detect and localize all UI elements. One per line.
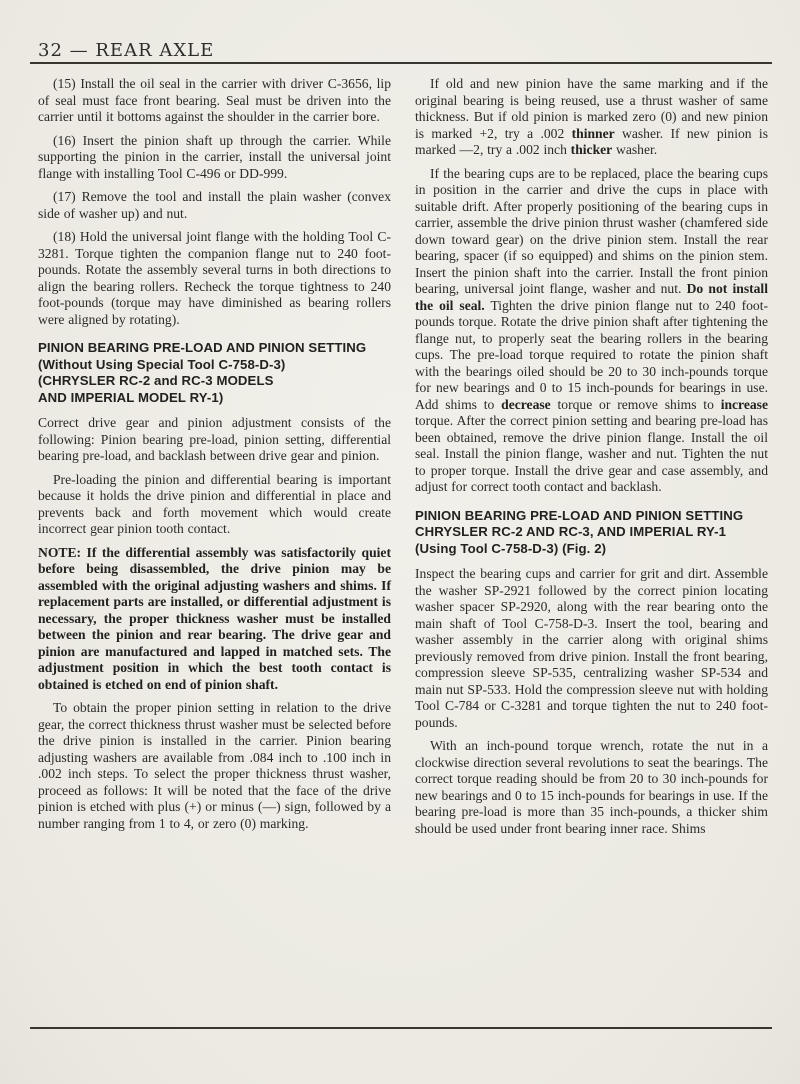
page-header: 32 — REAR AXLE bbox=[38, 40, 768, 61]
left-column: (15) Install the oil seal in the carrier… bbox=[38, 76, 391, 1022]
body-text: With an inch-pound torque wrench, rotate… bbox=[415, 738, 768, 836]
body-text: washer. bbox=[612, 142, 657, 157]
paragraph: To obtain the proper pinion setting in r… bbox=[38, 700, 391, 832]
section-heading-line: (Without Using Special Tool C-758-D-3) bbox=[38, 357, 391, 374]
page-title: REAR AXLE bbox=[95, 40, 214, 61]
body-text: If the bearing cups are to be replaced, … bbox=[415, 166, 768, 297]
paragraph: Pre-loading the pinion and differential … bbox=[38, 472, 391, 538]
section-heading: PINION BEARING PRE-LOAD AND PINION SETTI… bbox=[38, 340, 391, 406]
section-heading-line: PINION BEARING PRE-LOAD AND PINION SETTI… bbox=[415, 508, 768, 525]
body-text: (16) Insert the pinion shaft up through … bbox=[38, 133, 391, 181]
body-text: Correct drive gear and pinion adjustment… bbox=[38, 415, 391, 463]
paragraph: Inspect the bearing cups and carrier for… bbox=[415, 566, 768, 731]
body-text: Pre-loading the pinion and differential … bbox=[38, 472, 391, 537]
paragraph: If old and new pinion have the same mark… bbox=[415, 76, 768, 159]
body-text: (17) Remove the tool and install the pla… bbox=[38, 189, 391, 221]
section-heading-line: (CHRYSLER RC-2 and RC-3 MODELS bbox=[38, 373, 391, 390]
header-separator: — bbox=[70, 40, 89, 61]
paragraph: Correct drive gear and pinion adjustment… bbox=[38, 415, 391, 465]
body-text: Tighten the drive pinion flange nut to 2… bbox=[415, 298, 768, 412]
body-text: torque. After the correct pinion setting… bbox=[415, 413, 768, 494]
bold-text: thicker bbox=[571, 142, 613, 157]
header-rule bbox=[30, 62, 772, 64]
section-heading-line: AND IMPERIAL MODEL RY-1) bbox=[38, 390, 391, 407]
two-column-body: (15) Install the oil seal in the carrier… bbox=[38, 76, 768, 1022]
paragraph: (18) Hold the universal joint flange wit… bbox=[38, 229, 391, 328]
body-text: Inspect the bearing cups and carrier for… bbox=[415, 566, 768, 730]
bold-text: increase bbox=[721, 397, 768, 412]
body-text: To obtain the proper pinion setting in r… bbox=[38, 700, 391, 831]
paragraph: With an inch-pound torque wrench, rotate… bbox=[415, 738, 768, 837]
bold-text: thinner bbox=[572, 126, 615, 141]
paragraph: If the bearing cups are to be replaced, … bbox=[415, 166, 768, 496]
paragraph: NOTE: If the differential assembly was s… bbox=[38, 545, 391, 694]
section-heading-line: (Using Tool C-758-D-3) (Fig. 2) bbox=[415, 541, 768, 558]
page-number: 32 bbox=[38, 40, 63, 61]
body-text: (15) Install the oil seal in the carrier… bbox=[38, 76, 391, 124]
manual-page: 32 — REAR AXLE (15) Install the oil seal… bbox=[0, 0, 800, 1084]
bold-text: decrease bbox=[501, 397, 551, 412]
paragraph: (16) Insert the pinion shaft up through … bbox=[38, 133, 391, 183]
right-column: If old and new pinion have the same mark… bbox=[415, 76, 768, 1022]
body-text: NOTE: If the differential assembly was s… bbox=[38, 545, 391, 692]
section-heading-line: PINION BEARING PRE-LOAD AND PINION SETTI… bbox=[38, 340, 391, 357]
paragraph: (17) Remove the tool and install the pla… bbox=[38, 189, 391, 222]
section-heading: PINION BEARING PRE-LOAD AND PINION SETTI… bbox=[415, 508, 768, 558]
body-text: torque or remove shims to bbox=[551, 397, 721, 412]
body-text: (18) Hold the universal joint flange wit… bbox=[38, 229, 391, 327]
paragraph: (15) Install the oil seal in the carrier… bbox=[38, 76, 391, 126]
section-heading-line: CHRYSLER RC-2 AND RC-3, AND IMPERIAL RY-… bbox=[415, 524, 768, 541]
footer-rule bbox=[30, 1027, 772, 1029]
